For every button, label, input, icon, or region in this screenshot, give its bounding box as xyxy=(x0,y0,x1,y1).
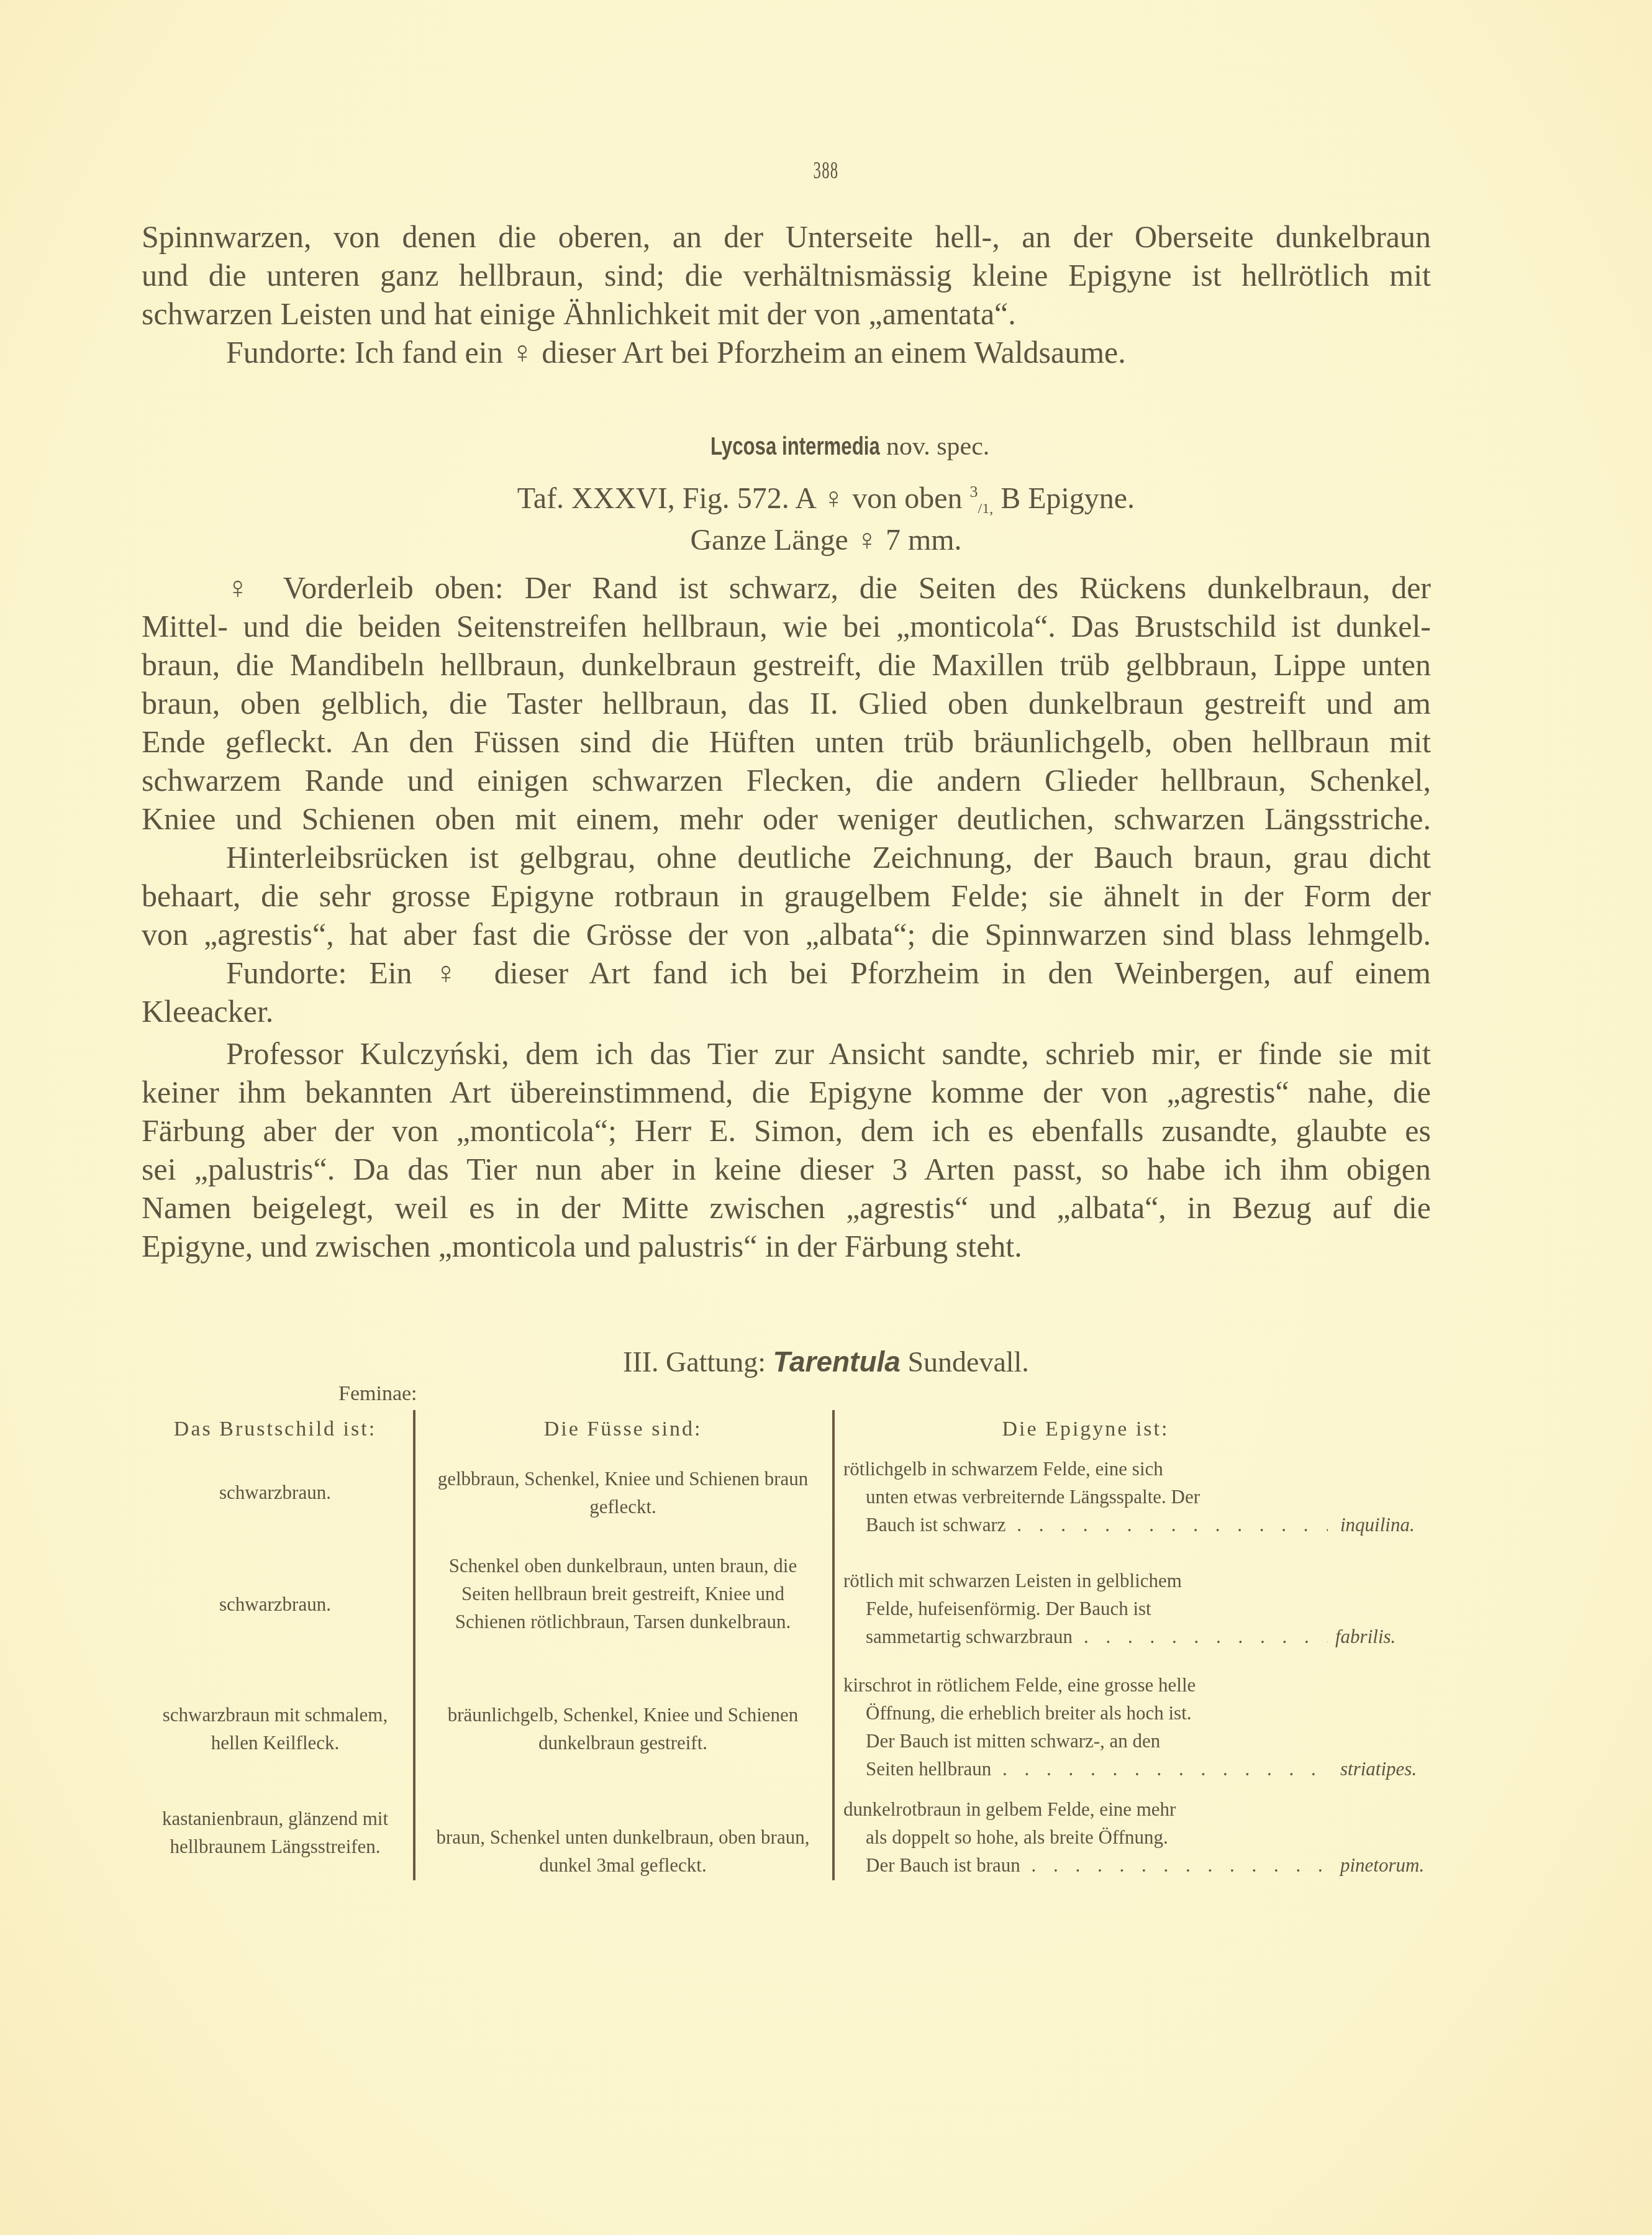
text-line: sei „palustris“. Da das Tier nun aber in… xyxy=(142,1150,1431,1188)
text-line: Spinnwarzen, von denen die oberen, an de… xyxy=(142,217,1431,256)
species-heading: Lycosa intermedia nov. spec. xyxy=(0,432,1652,462)
row4-species: pinetorum. xyxy=(1340,1851,1424,1879)
species-name: Lycosa intermedia xyxy=(710,433,880,461)
row3-fuesse: bräunlichgelb, Schenkel, Kniee und Schie… xyxy=(424,1701,822,1757)
genus-heading: III. Gattung: Tarentula Sundevall. xyxy=(0,1345,1652,1378)
scanned-page: 388 Spinnwarzen, von denen die oberen, a… xyxy=(0,0,1652,2235)
text-line: Fundorte: Ein ♀ dieser Art fand ich bei … xyxy=(142,954,1431,992)
description-paragraph-3: Fundorte: Ein ♀ dieser Art fand ich bei … xyxy=(142,954,1431,1031)
page-number: 388 xyxy=(314,155,1338,184)
text-line: schwarzen Leisten und hat einige Ähnlich… xyxy=(142,294,1431,333)
epigyne-text: rötlich mit schwarzen Leisten in gelblic… xyxy=(843,1567,1328,1595)
epigyne-text: Der Bauch ist braun xyxy=(866,1851,1328,1879)
text-line: und die unteren ganz hellbraun, sind; di… xyxy=(142,256,1431,294)
row3-brustschild: schwarzbraun mit schmalem, hellen Keilfl… xyxy=(142,1701,409,1757)
epigyne-text: kirschrot in rötlichem Felde, eine gross… xyxy=(843,1671,1328,1699)
genus-name: Tarentula xyxy=(773,1345,901,1378)
row1-epigyne: rötlichgelb in schwarzem Felde, eine sic… xyxy=(843,1455,1328,1539)
text-line: Kniee und Schienen oben mit einem, mehr … xyxy=(142,799,1431,838)
row1-species: inquilina. xyxy=(1340,1511,1415,1539)
header-brustschild: Das Brustschild ist: xyxy=(142,1418,409,1441)
row4-fuesse: braun, Schenkel unten dunkelbraun, oben … xyxy=(424,1823,822,1879)
description-paragraph-2: Hinterleibsrücken ist gelbgrau, ohne deu… xyxy=(142,838,1431,954)
epigyne-text: rötlichgelb in schwarzem Felde, eine sic… xyxy=(843,1455,1328,1483)
row1-fuesse: gelbbraun, Schenkel, Kniee und Schienen … xyxy=(424,1465,822,1521)
text-line: Professor Kulczyński, dem ich das Tier z… xyxy=(142,1034,1431,1073)
text-line: keiner ihm bekannten Art übereinstimmend… xyxy=(142,1073,1431,1111)
feminae-label: Feminae: xyxy=(338,1382,417,1406)
text-line: braun, die Mandibeln hellbraun, dunkelbr… xyxy=(142,645,1431,684)
epigyne-text: als doppelt so hohe, als breite Öffnung. xyxy=(843,1823,1328,1851)
epigyne-text: sammetartig schwarzbraun xyxy=(866,1623,1328,1650)
text-line: braun, oben gelblich, die Taster hellbra… xyxy=(142,684,1431,722)
intro-paragraph: Spinnwarzen, von denen die oberen, an de… xyxy=(142,217,1431,371)
text-line: schwarzem Rande und einigen schwarzen Fl… xyxy=(142,761,1431,799)
row3-epigyne: kirschrot in rötlichem Felde, eine gross… xyxy=(843,1671,1328,1783)
text-line: ♀ Vorderleib oben: Der Rand ist schwarz,… xyxy=(142,568,1431,607)
epigyne-text: Seiten hellbraun xyxy=(866,1755,1328,1783)
fundorte-line: Fundorte: Ich fand ein ♀ dieser Art bei … xyxy=(142,333,1431,371)
epigyne-text: unten etwas verbreiternde Längsspalte. D… xyxy=(843,1483,1328,1511)
text-line: von „agrestis“, hat aber fast die Grösse… xyxy=(142,915,1431,954)
magnification-sup: 3 xyxy=(969,483,978,501)
plate-ref-text: Taf. XXXVI, Fig. 572. A ♀ von oben xyxy=(517,482,963,515)
epigyne-text: Öffnung, die erheblich breiter als hoch … xyxy=(843,1699,1328,1727)
epigyne-text: Bauch ist schwarz xyxy=(866,1511,1328,1539)
text-line: Kleeacker. xyxy=(142,992,1431,1031)
row3-species: striatipes. xyxy=(1340,1755,1417,1783)
row2-epigyne: rötlich mit schwarzen Leisten in gelblic… xyxy=(843,1567,1328,1650)
column-divider xyxy=(832,1410,835,1880)
text-line: Epigyne, und zwischen „monticola und pal… xyxy=(142,1227,1431,1265)
text-line: Färbung aber der von „monticola“; Herr E… xyxy=(142,1111,1431,1150)
column-divider xyxy=(413,1410,415,1880)
row2-species: fabrilis. xyxy=(1335,1623,1396,1650)
total-length: Ganze Länge ♀ 7 mm. xyxy=(0,523,1652,557)
species-status: nov. spec. xyxy=(886,432,989,461)
plate-reference: Taf. XXXVI, Fig. 572. A ♀ von oben 3/1, … xyxy=(0,481,1652,517)
text-line: Namen beigelegt, weil es in der Mitte zw… xyxy=(142,1188,1431,1227)
header-fuesse: Die Füsse sind: xyxy=(418,1418,828,1441)
description-paragraph-1: ♀ Vorderleib oben: Der Rand ist schwarz,… xyxy=(142,568,1431,838)
text-line: behaart, die sehr grosse Epigyne rotbrau… xyxy=(142,876,1431,915)
row2-brustschild: schwarzbraun. xyxy=(142,1590,409,1618)
text-line: Ende gefleckt. An den Füssen sind die Hü… xyxy=(142,722,1431,761)
genus-author: Sundevall. xyxy=(907,1346,1028,1378)
genus-prefix: III. Gattung: xyxy=(623,1346,766,1378)
row4-brustschild: kastanienbraun, glänzend mit hellbraunem… xyxy=(142,1805,409,1860)
magnification-sub: /1, xyxy=(978,501,993,517)
epigyne-text: Felde, hufeisenförmig. Der Bauch ist xyxy=(843,1595,1328,1623)
row4-epigyne: dunkelrotbraun in gelbem Felde, eine meh… xyxy=(843,1795,1328,1879)
description-paragraph-4: Professor Kulczyński, dem ich das Tier z… xyxy=(142,1034,1431,1265)
row2-fuesse: Schenkel oben dunkelbraun, unten braun, … xyxy=(424,1552,822,1636)
plate-ref-tail: B Epigyne. xyxy=(1001,482,1135,515)
row1-brustschild: schwarzbraun. xyxy=(142,1478,409,1506)
epigyne-text: dunkelrotbraun in gelbem Felde, eine meh… xyxy=(843,1795,1328,1823)
epigyne-text: Der Bauch ist mitten schwarz-, an den xyxy=(843,1727,1328,1755)
header-epigyne: Die Epigyne ist: xyxy=(837,1418,1334,1441)
text-line: Hinterleibsrücken ist gelbgrau, ohne deu… xyxy=(142,838,1431,876)
identification-key-table: Das Brustschild ist: Die Füsse sind: Die… xyxy=(142,1410,1433,1882)
text-line: Mittel- und die beiden Seitenstreifen he… xyxy=(142,607,1431,645)
